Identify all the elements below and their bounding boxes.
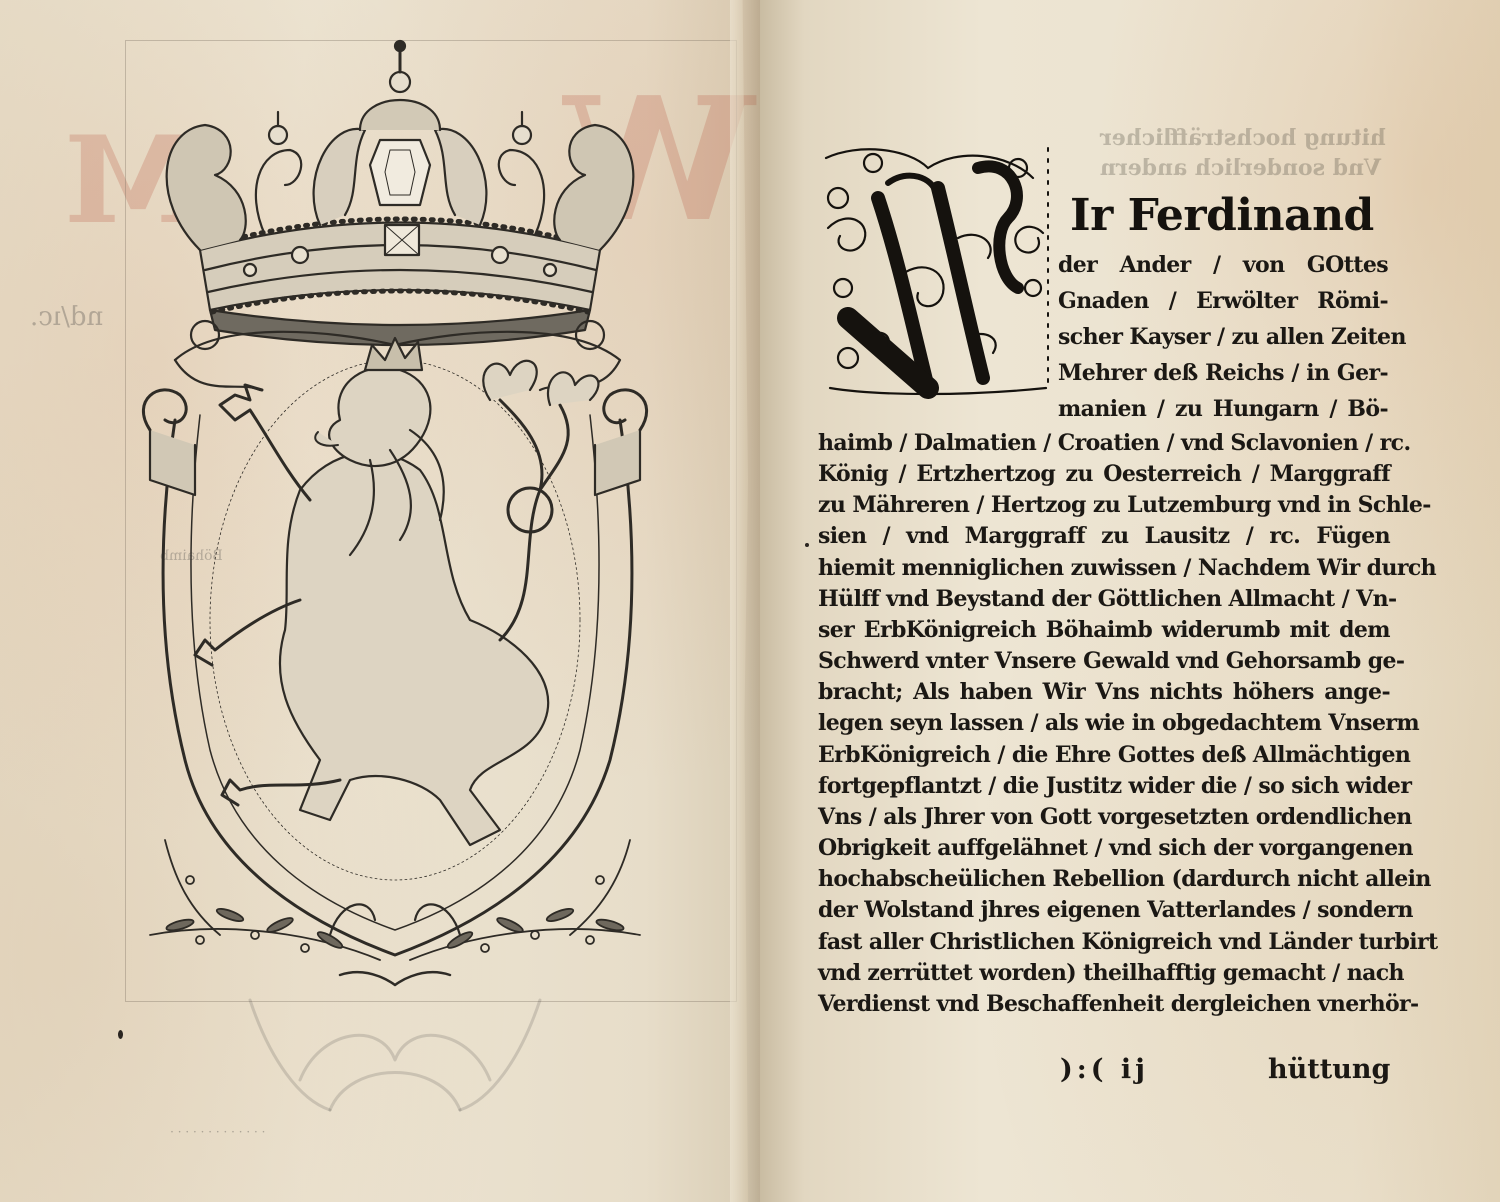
royal-crown-icon (167, 41, 634, 345)
text-line: König / Ertzhertzog zu Oesterreich / Mar… (818, 459, 1390, 489)
text-line: Hülff vnd Beystand der Göttlichen Allmac… (818, 584, 1390, 614)
text-line: sien / vnd Marggraff zu Lausitz / rc. Fü… (818, 521, 1390, 551)
text-line: zu Mähreren / Hertzog zu Lutzemburg vnd … (818, 490, 1390, 520)
bleed-through-footer-text: · · · · · · · · · · · · · (170, 1125, 265, 1139)
text-line: fortgepflantzt / die Justitz wider die /… (818, 771, 1390, 801)
rampant-lion-icon (195, 338, 598, 845)
text-line: Verdienst vnd Beschaffenheit dergleichen… (818, 989, 1390, 1019)
text-line: ser ErbKönigreich Böhaimb widerumb mit d… (818, 615, 1390, 645)
text-line: Schwerd vnter Vnsere Gewald vnd Gehorsam… (818, 646, 1390, 676)
text-line: hiemit menniglichen zuwissen / Nachdem W… (818, 553, 1390, 583)
bleed-through-text-right: hitung hochsträfflicher (1100, 125, 1386, 151)
text-line: legen seyn lassen / als wie in obgedacht… (818, 708, 1390, 738)
text-line: manien / zu Hungarn / Bö- (1058, 392, 1388, 426)
signature-mark: ):( ij (1060, 1054, 1149, 1085)
olive-branches-icon (150, 840, 640, 985)
ink-spot (118, 1030, 123, 1039)
coat-of-arms-engraving (0, 0, 760, 1202)
text-line: haimb / Dalmatien / Croatien / vnd Sclav… (818, 428, 1390, 458)
decorated-initial-w (818, 138, 1053, 400)
text-line: der Wolstand jhres eigenen Vatterlandes … (818, 895, 1390, 925)
text-line: der Ander / von GOttes (1058, 248, 1388, 282)
text-line: hochabscheülichen Rebellion (dardurch ni… (818, 864, 1390, 894)
catchword: hüttung (1268, 1054, 1390, 1085)
text-line: Mehrer deß Reichs / in Ger- (1058, 356, 1388, 390)
heading-ferdinand: Ir Ferdinand (1070, 192, 1390, 240)
bleed-through-ornament-icon (250, 1000, 540, 1110)
book-spread: M W nd/ıc. Böhaimb (0, 0, 1500, 1202)
text-line: Gnaden / Erwölter Römi- (1058, 284, 1388, 318)
text-line: ErbKönigreich / die Ehre Gottes deß Allm… (818, 740, 1390, 770)
text-line: scher Kayser / zu allen Zeiten (1058, 320, 1388, 354)
text-line: vnd zerrüttet worden) theilhafftig gemac… (818, 958, 1390, 988)
text-line: Obrigkeit auffgelähnet / vnd sich der vo… (818, 833, 1390, 863)
left-page: M W nd/ıc. Böhaimb (0, 0, 760, 1202)
text-line: bracht; Als haben Wir Vns nichts höhers … (818, 677, 1390, 707)
text-line: Vns / als Jhrer von Gott vorgesetzten or… (818, 802, 1390, 832)
bleed-through-text-right-2: Vnd sonderlich andern (1100, 155, 1381, 181)
text-line: fast aller Christlichen Königreich vnd L… (818, 927, 1390, 957)
margin-dot (805, 543, 809, 547)
